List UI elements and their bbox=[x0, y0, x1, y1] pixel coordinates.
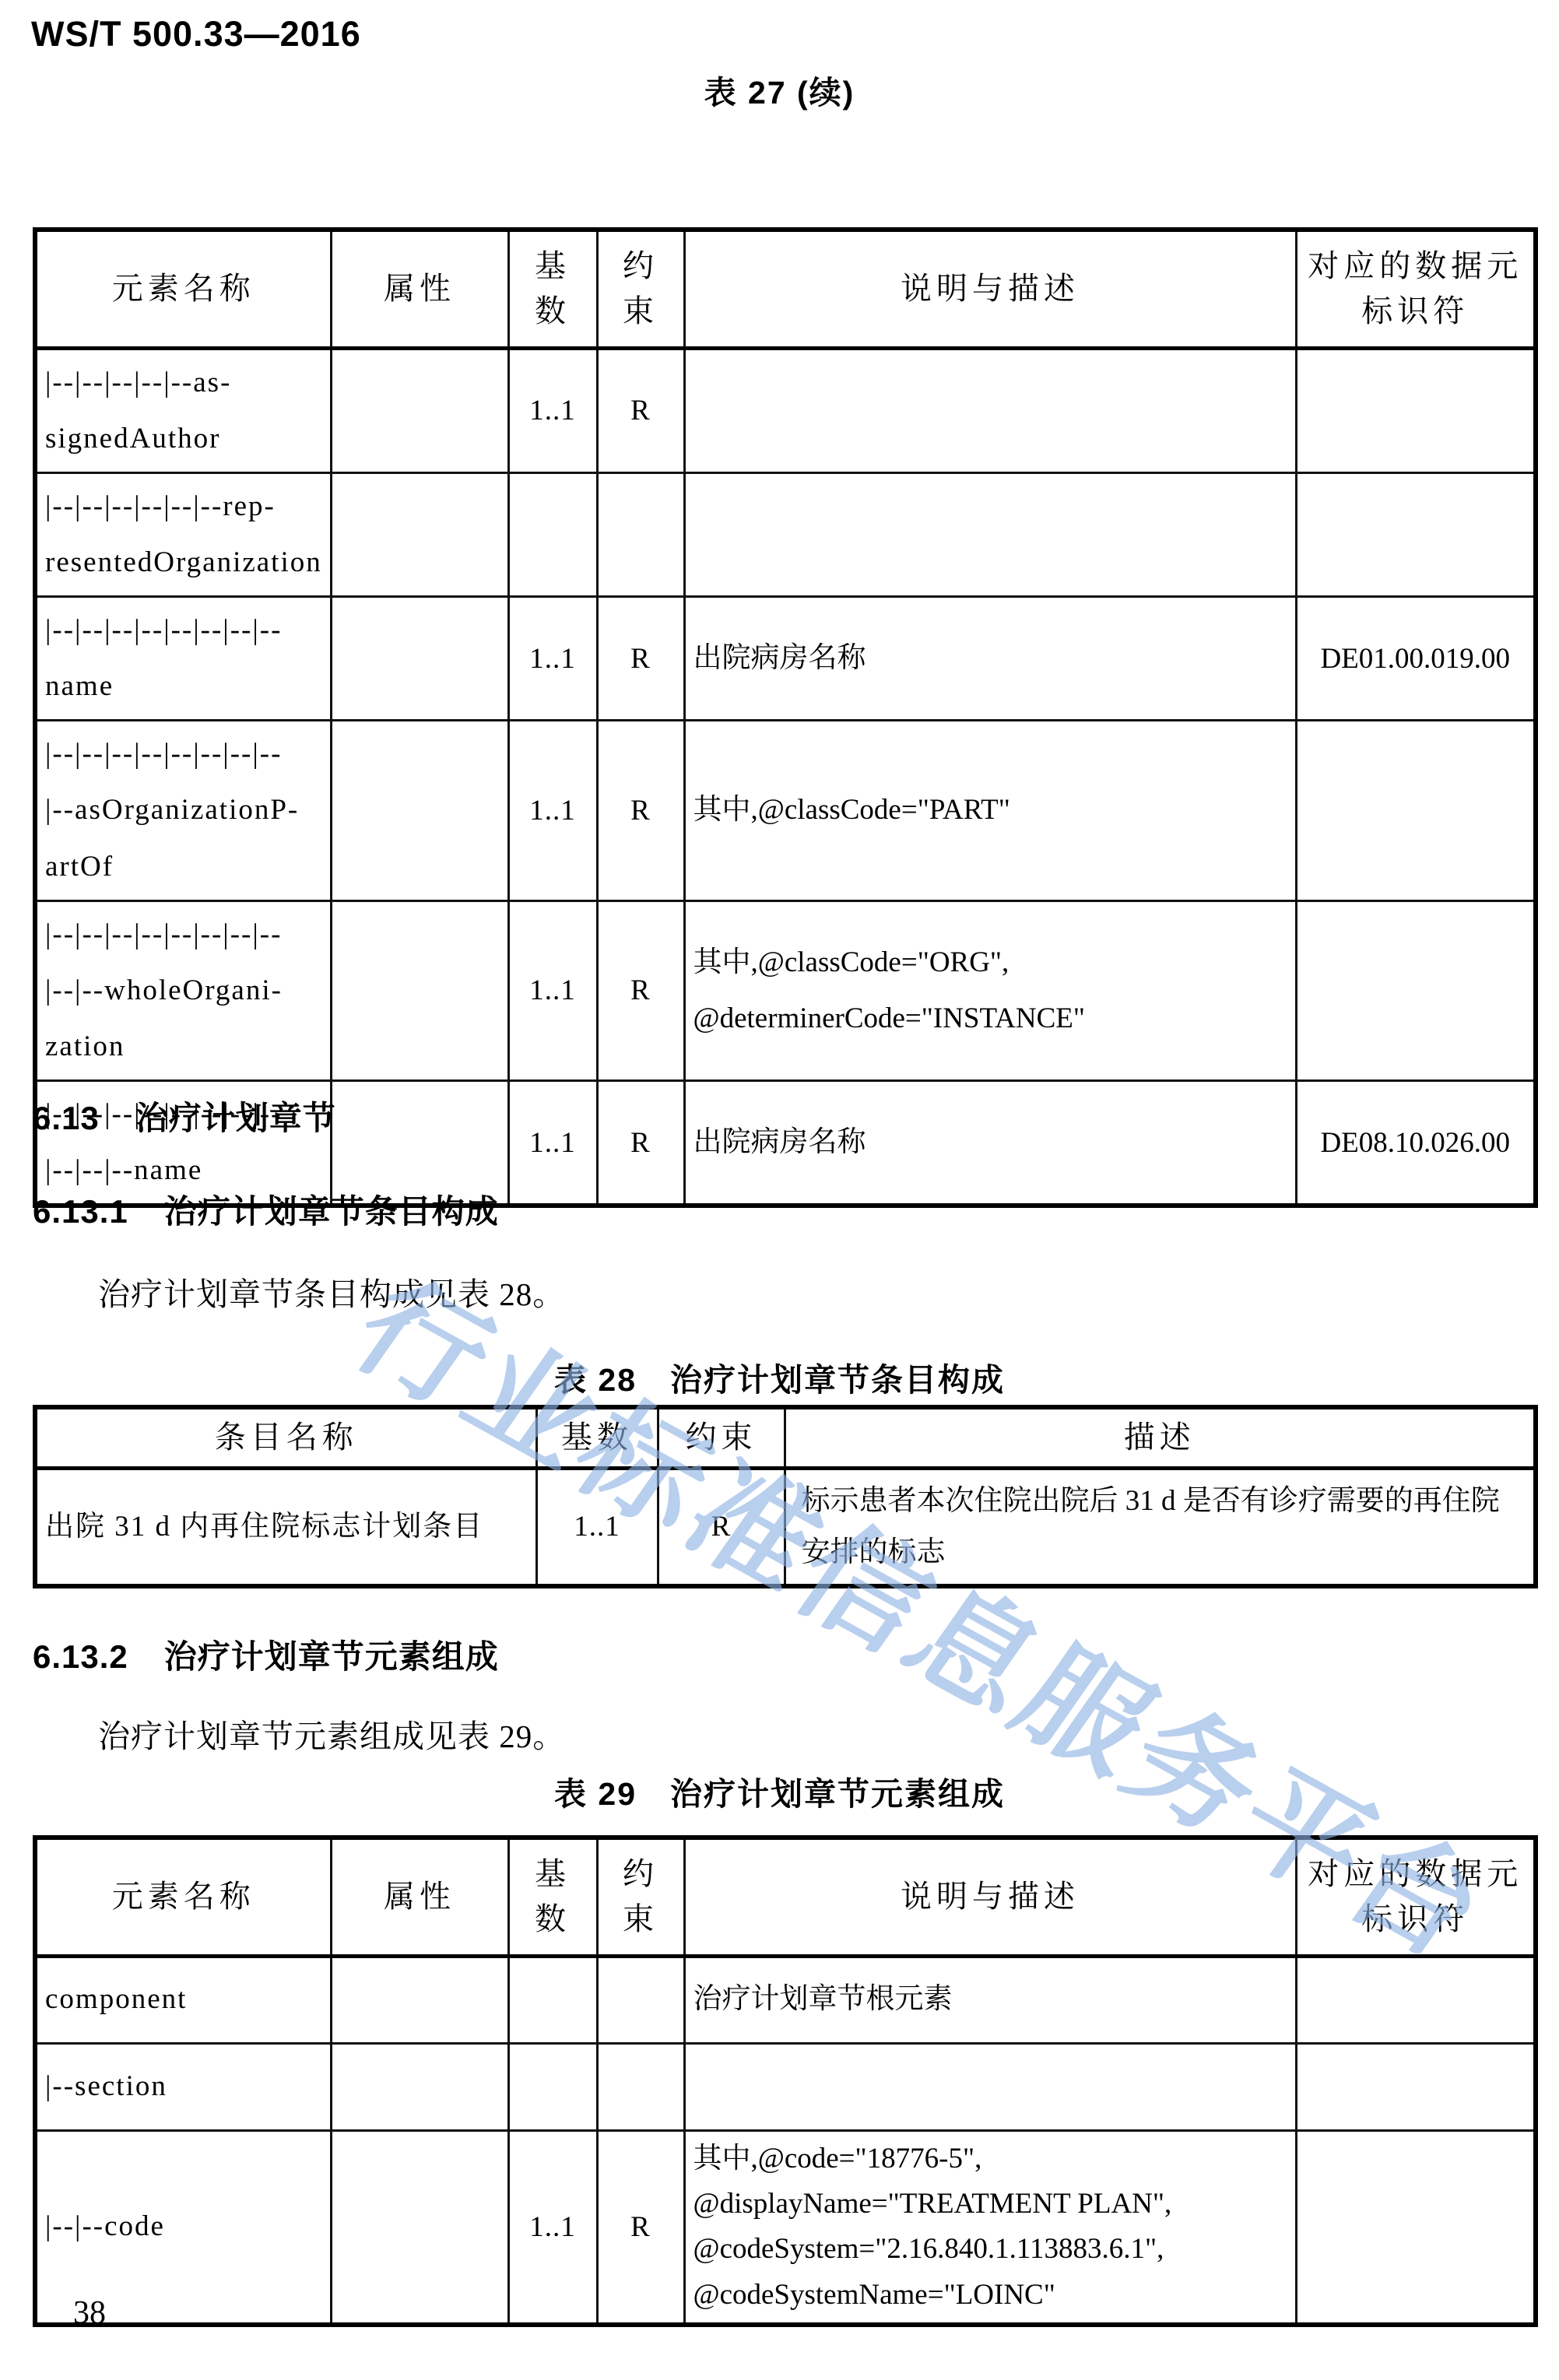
cell-element-name: |--section bbox=[35, 2043, 331, 2130]
paragraph-6-13-2: 治疗计划章节元素组成见表 29。 bbox=[33, 1711, 1122, 1757]
table-row: component 治疗计划章节根元素 bbox=[35, 1956, 1536, 2043]
cell-constraint bbox=[597, 2043, 684, 2130]
cell-constraint bbox=[597, 1956, 684, 2043]
cell-entry-name: 出院 31 d 内再住院标志计划条目 bbox=[35, 1468, 536, 1586]
cell-cardinality: 1..1 bbox=[508, 900, 597, 1080]
cell-data-element-id bbox=[1296, 348, 1536, 472]
cell-data-element-id: DE01.00.019.00 bbox=[1296, 597, 1536, 721]
col-header-cardinality: 基数 bbox=[536, 1407, 658, 1468]
cell-data-element-id bbox=[1296, 900, 1536, 1080]
cell-attribute bbox=[331, 472, 508, 596]
cell-attribute bbox=[331, 2130, 508, 2325]
table-row: |--|--|--|--|--as- signedAuthor 1..1 R bbox=[35, 348, 1536, 472]
col-header-element-name: 元素名称 bbox=[35, 1838, 331, 1956]
table-27-title: 表 27 (续) bbox=[0, 67, 1559, 113]
cell-constraint: R bbox=[597, 597, 684, 721]
col-header-constraint: 约束 bbox=[597, 1838, 684, 1956]
table-29-header-row: 元素名称 属性 基数 约束 说明与描述 对应的数据元 标识符 bbox=[35, 1838, 1536, 1956]
section-number: 6.13.1 bbox=[33, 1193, 128, 1230]
table-29: 元素名称 属性 基数 约束 说明与描述 对应的数据元 标识符 component… bbox=[33, 1835, 1538, 2327]
cell-attribute bbox=[331, 1956, 508, 2043]
table-row: |--|--|--|--|--|--rep- resentedOrganizat… bbox=[35, 472, 1536, 596]
cell-description: 其中,@classCode="ORG", @determinerCode="IN… bbox=[684, 900, 1296, 1080]
section-title: 治疗计划章节元素组成 bbox=[164, 1638, 499, 1675]
cell-cardinality: 1..1 bbox=[508, 597, 597, 721]
cell-description: 其中,@code="18776-5", @displayName="TREATM… bbox=[684, 2130, 1296, 2325]
cell-data-element-id bbox=[1296, 472, 1536, 596]
cell-constraint: R bbox=[597, 2130, 684, 2325]
cell-cardinality: 1..1 bbox=[508, 1081, 597, 1206]
standard-number: WS/T 500.33—2016 bbox=[31, 14, 361, 54]
cell-data-element-id bbox=[1296, 721, 1536, 900]
cell-constraint bbox=[597, 472, 684, 596]
section-number: 6.13 bbox=[33, 1100, 100, 1136]
cell-data-element-id bbox=[1296, 2130, 1536, 2325]
col-header-description: 说明与描述 bbox=[684, 230, 1296, 348]
col-header-constraint: 约束 bbox=[597, 230, 684, 348]
col-header-attribute: 属性 bbox=[331, 1838, 508, 1956]
col-header-data-element-id: 对应的数据元 标识符 bbox=[1296, 230, 1536, 348]
cell-description: 标示患者本次住院出院后 31 d 是否有诊疗需要的再住院 安排的标志 bbox=[785, 1468, 1536, 1586]
cell-description: 出院病房名称 bbox=[684, 1081, 1296, 1206]
cell-element-name: |--|--|--|--|--|--rep- resentedOrganizat… bbox=[35, 472, 331, 596]
cell-constraint: R bbox=[597, 348, 684, 472]
table-row: |--|--code 1..1 R 其中,@code="18776-5", @d… bbox=[35, 2130, 1536, 2325]
cell-element-name: |--|--|--|--|--|--|--|-- |--asOrganizati… bbox=[35, 721, 331, 900]
table-29-title: 表 29 治疗计划章节元素组成 bbox=[0, 1768, 1559, 1814]
col-header-cardinality: 基数 bbox=[508, 230, 597, 348]
cell-description: 治疗计划章节根元素 bbox=[684, 1956, 1296, 2043]
document-page: WS/T 500.33—2016 表 27 (续) 元素名称 属性 基数 约束 … bbox=[0, 0, 1559, 2380]
section-title: 治疗计划章节条目构成 bbox=[164, 1193, 499, 1230]
section-heading-6-13: 6.13治疗计划章节 bbox=[33, 1093, 336, 1139]
cell-element-name: |--|--|--|--|--as- signedAuthor bbox=[35, 348, 331, 472]
col-header-description: 描述 bbox=[785, 1407, 1536, 1468]
col-header-description: 说明与描述 bbox=[684, 1838, 1296, 1956]
cell-attribute bbox=[331, 900, 508, 1080]
section-heading-6-13-1: 6.13.1治疗计划章节条目构成 bbox=[33, 1186, 499, 1233]
table-28-header-row: 条目名称 基数 约束 描述 bbox=[35, 1407, 1536, 1468]
cell-data-element-id: DE08.10.026.00 bbox=[1296, 1081, 1536, 1206]
cell-constraint: R bbox=[597, 721, 684, 900]
table-28: 条目名称 基数 约束 描述 出院 31 d 内再住院标志计划条目 1..1 R … bbox=[33, 1405, 1538, 1588]
cell-cardinality: 1..1 bbox=[508, 348, 597, 472]
col-header-cardinality: 基数 bbox=[508, 1838, 597, 1956]
cell-attribute bbox=[331, 597, 508, 721]
cell-attribute bbox=[331, 2043, 508, 2130]
col-header-data-element-id: 对应的数据元 标识符 bbox=[1296, 1838, 1536, 1956]
col-header-entry-name: 条目名称 bbox=[35, 1407, 536, 1468]
table-row: |--|--|--|--|--|--|--|-- |--asOrganizati… bbox=[35, 721, 1536, 900]
section-heading-6-13-2: 6.13.2治疗计划章节元素组成 bbox=[33, 1631, 499, 1678]
cell-element-name: |--|--|--|--|--|--|--|-- |--|--wholeOrga… bbox=[35, 900, 331, 1080]
table-row: |--|--|--|--|--|--|--|-- |--|--wholeOrga… bbox=[35, 900, 1536, 1080]
cell-description: 出院病房名称 bbox=[684, 597, 1296, 721]
col-header-constraint: 约束 bbox=[658, 1407, 785, 1468]
cell-cardinality: 1..1 bbox=[536, 1468, 658, 1586]
cell-constraint: R bbox=[597, 900, 684, 1080]
table-28-title: 表 28 治疗计划章节条目构成 bbox=[0, 1354, 1559, 1400]
cell-description bbox=[684, 348, 1296, 472]
cell-data-element-id bbox=[1296, 2043, 1536, 2130]
cell-description bbox=[684, 472, 1296, 596]
cell-description bbox=[684, 2043, 1296, 2130]
cell-attribute bbox=[331, 721, 508, 900]
table-27: 元素名称 属性 基数 约束 说明与描述 对应的数据元 标识符 |--|--|--… bbox=[33, 227, 1538, 1208]
paragraph-6-13-1: 治疗计划章节条目构成见表 28。 bbox=[33, 1269, 1122, 1315]
cell-data-element-id bbox=[1296, 1956, 1536, 2043]
cell-element-name: |--|--|--|--|--|--|--|-- name bbox=[35, 597, 331, 721]
cell-cardinality: 1..1 bbox=[508, 2130, 597, 2325]
col-header-attribute: 属性 bbox=[331, 230, 508, 348]
section-title: 治疗计划章节 bbox=[135, 1100, 336, 1136]
cell-element-name: component bbox=[35, 1956, 331, 2043]
cell-attribute bbox=[331, 348, 508, 472]
cell-cardinality bbox=[508, 472, 597, 596]
cell-constraint: R bbox=[597, 1081, 684, 1206]
col-header-element-name: 元素名称 bbox=[35, 230, 331, 348]
table-27-header-row: 元素名称 属性 基数 约束 说明与描述 对应的数据元 标识符 bbox=[35, 230, 1536, 348]
cell-description: 其中,@classCode="PART" bbox=[684, 721, 1296, 900]
table-row: |--|--|--|--|--|--|--|-- name 1..1 R 出院病… bbox=[35, 597, 1536, 721]
cell-cardinality: 1..1 bbox=[508, 721, 597, 900]
cell-cardinality bbox=[508, 1956, 597, 2043]
page-number: 38 bbox=[73, 2294, 106, 2332]
cell-cardinality bbox=[508, 2043, 597, 2130]
table-row: |--section bbox=[35, 2043, 1536, 2130]
cell-constraint: R bbox=[658, 1468, 785, 1586]
table-row: 出院 31 d 内再住院标志计划条目 1..1 R 标示患者本次住院出院后 31… bbox=[35, 1468, 1536, 1586]
section-number: 6.13.2 bbox=[33, 1638, 128, 1675]
